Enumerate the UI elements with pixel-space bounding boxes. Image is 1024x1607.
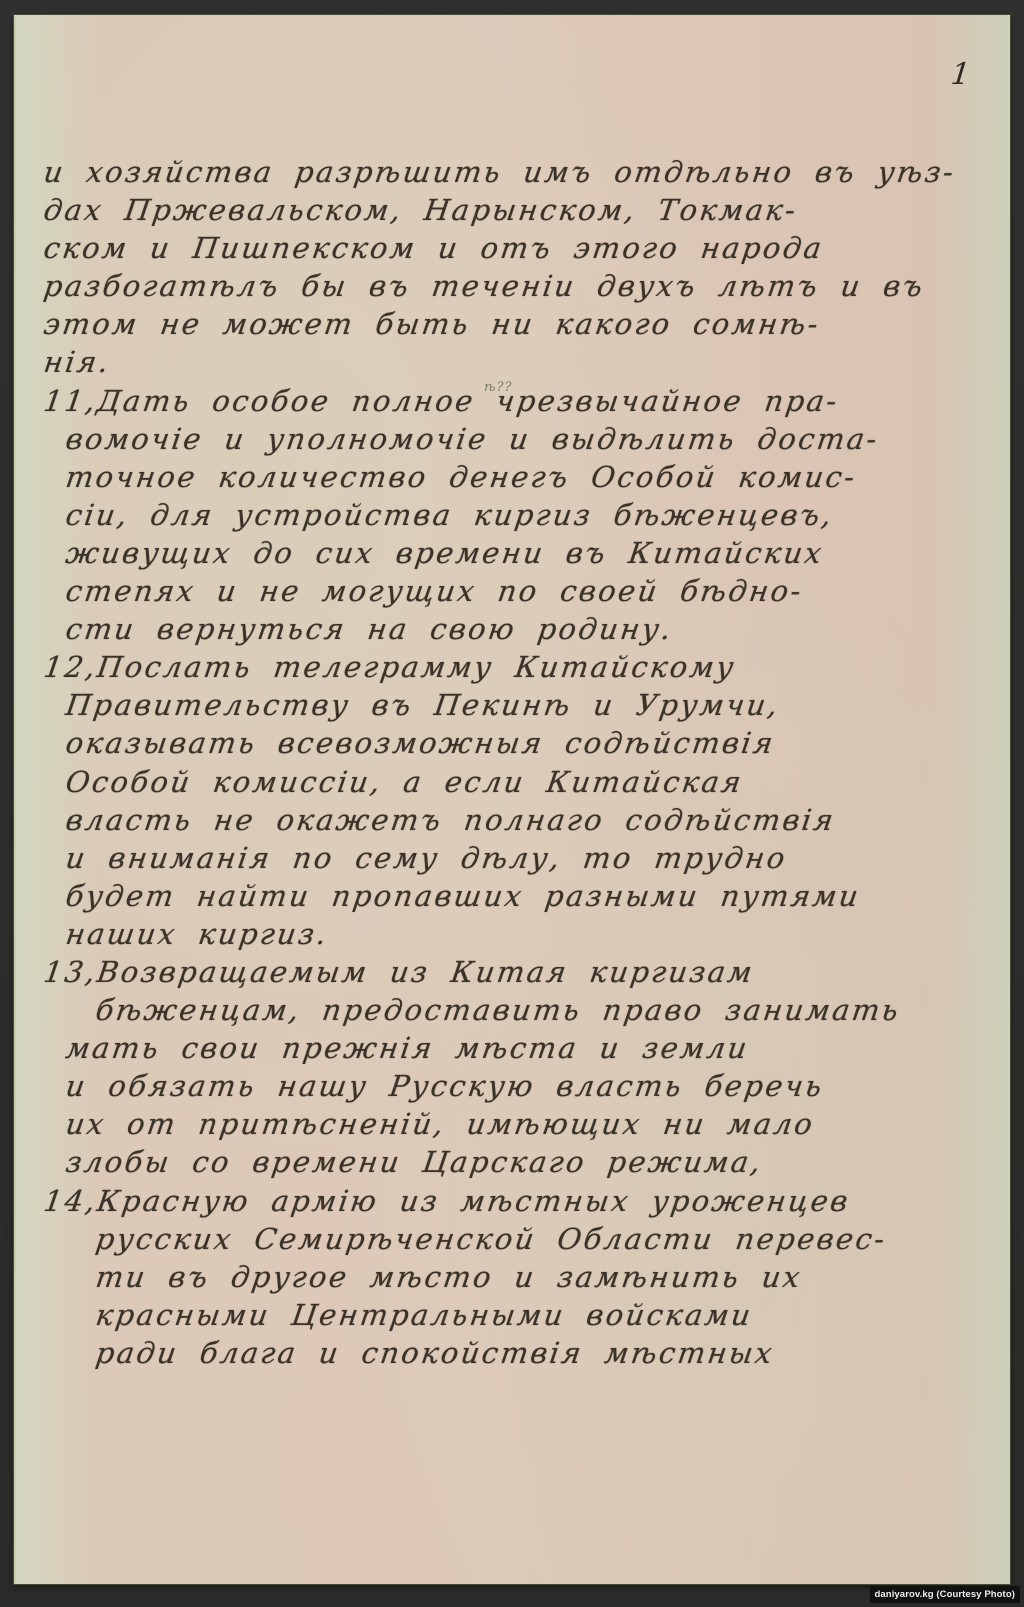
line-text: и обязать нашу Русскую власть беречь xyxy=(64,1069,826,1103)
text-line: бѣженцам, предоставить право занимать xyxy=(41,991,996,1029)
text-line: ти въ другое мѣсто и замѣнить их xyxy=(41,1258,996,1296)
line-text: Дать особое полное чрезвычайное пра- xyxy=(95,384,841,418)
line-text: ском и Пишпекском и отъ этого народа xyxy=(42,231,826,265)
item-number: 12, xyxy=(41,648,100,686)
line-text: и вниманія по сему дѣлу, то трудно xyxy=(64,841,790,875)
line-text: красными Центральными войсками xyxy=(94,1298,755,1332)
line-text: мать свои прежнія мѣста и земли xyxy=(64,1031,752,1065)
line-text: Правительству въ Пекинѣ и Урумчи, xyxy=(64,688,782,722)
line-text: вомочіе и уполномочіе и выдѣлить доста- xyxy=(64,422,882,456)
text-line: Правительству въ Пекинѣ и Урумчи, xyxy=(41,686,996,724)
text-line: будет найти пропавших разными путями xyxy=(41,877,996,915)
line-text: бѣженцам, предоставить право занимать xyxy=(94,993,903,1027)
item-number: 13, xyxy=(41,953,100,991)
text-line: Особой комиссіи, а если Китайская xyxy=(41,763,996,801)
line-text: наших киргиз. xyxy=(64,917,331,951)
text-line: сти вернуться на свою родину. xyxy=(41,610,996,648)
item-number: 14, xyxy=(41,1182,100,1220)
text-line: злобы со времени Царскаго режима, xyxy=(41,1143,996,1181)
text-line: и обязать нашу Русскую власть беречь xyxy=(41,1067,996,1105)
text-line: нія. xyxy=(41,343,996,381)
line-text: русских Семирѣченской Области перевес- xyxy=(94,1222,889,1256)
text-line: и хозяйства разрѣшить имъ отдѣльно въ уѣ… xyxy=(41,153,996,191)
photo-credit: daniyarov.kg (Courtesy Photo) xyxy=(870,1586,1021,1603)
line-text: ради блага и спокойствія мѣстных xyxy=(94,1336,777,1370)
line-text: Послать телеграмму Китайскому xyxy=(95,650,738,684)
handwritten-text: и хозяйства разрѣшить имъ отдѣльно въ уѣ… xyxy=(44,153,994,1372)
text-line: ском и Пишпекском и отъ этого народа xyxy=(41,229,996,267)
page-number: 1 xyxy=(949,57,972,92)
line-text: Особой комиссіи, а если Китайская xyxy=(64,765,746,799)
line-text: ти въ другое мѣсто и замѣнить их xyxy=(94,1260,805,1294)
text-line: точное количество денегъ Особой комис- xyxy=(41,458,996,496)
text-line: степях и не могущих по своей бѣдно- xyxy=(41,572,996,610)
text-line: живущих до сих времени въ Китайских xyxy=(41,534,996,572)
text-line: и вниманія по сему дѣлу, то трудно xyxy=(41,839,996,877)
line-text: злобы со времени Царскаго режима, xyxy=(64,1145,765,1179)
line-text: точное количество денегъ Особой комис- xyxy=(64,460,859,494)
line-text: нія. xyxy=(42,345,113,379)
text-line-item-11: 11,Дать особое полное чрезвычайное пра- xyxy=(41,382,996,420)
text-line: русских Семирѣченской Области перевес- xyxy=(41,1220,996,1258)
text-line-item-12: 12,Послать телеграмму Китайскому xyxy=(41,648,996,686)
line-text: сти вернуться на свою родину. xyxy=(64,612,676,646)
text-line: власть не окажетъ полнаго содѣйствія xyxy=(41,801,996,839)
line-text: живущих до сих времени въ Китайских xyxy=(64,536,826,570)
line-text: дах Пржевальском, Нарынском, Токмак- xyxy=(42,193,800,227)
text-line: их от притѣсненій, имѣющих ни мало xyxy=(41,1105,996,1143)
line-text: их от притѣсненій, имѣющих ни мало xyxy=(64,1107,817,1141)
line-text: оказывать всевозможныя содѣйствія xyxy=(64,726,778,760)
text-line: ради блага и спокойствія мѣстных xyxy=(41,1334,996,1372)
text-line: мать свои прежнія мѣста и земли xyxy=(41,1029,996,1067)
line-text: сіи, для устройства киргиз бѣженцевъ, xyxy=(64,498,836,532)
text-line: оказывать всевозможныя содѣйствія xyxy=(41,724,996,762)
line-text: разбогатѣлъ бы въ теченіи двухъ лѣтъ и в… xyxy=(42,269,927,303)
line-text: Возвращаемым из Китая киргизам xyxy=(95,955,757,989)
line-text: будет найти пропавших разными путями xyxy=(64,879,863,913)
text-line: разбогатѣлъ бы въ теченіи двухъ лѣтъ и в… xyxy=(41,267,996,305)
text-line: наших киргиз. xyxy=(41,915,996,953)
line-text: Красную армію из мѣстных уроженцев xyxy=(95,1184,852,1218)
text-line: сіи, для устройства киргиз бѣженцевъ, xyxy=(41,496,996,534)
text-line: красными Центральными войсками xyxy=(41,1296,996,1334)
text-line: вомочіе и уполномочіе и выдѣлить доста- xyxy=(41,420,996,458)
photo-frame: 1 ѣ?? и хозяйства разрѣшить имъ отдѣльно… xyxy=(0,0,1024,1607)
item-number: 11, xyxy=(41,382,100,420)
text-line-item-13: 13,Возвращаемым из Китая киргизам xyxy=(41,953,996,991)
manuscript-page: 1 ѣ?? и хозяйства разрѣшить имъ отдѣльно… xyxy=(14,15,1010,1584)
line-text: и хозяйства разрѣшить имъ отдѣльно въ уѣ… xyxy=(42,155,958,189)
line-text: степях и не могущих по своей бѣдно- xyxy=(64,574,806,608)
line-text: этом не может быть ни какого сомнѣ- xyxy=(42,307,823,341)
text-line-item-14: 14,Красную армію из мѣстных уроженцев xyxy=(41,1182,996,1220)
line-text: власть не окажетъ полнаго содѣйствія xyxy=(64,803,838,837)
text-line: этом не может быть ни какого сомнѣ- xyxy=(41,305,996,343)
text-line: дах Пржевальском, Нарынском, Токмак- xyxy=(41,191,996,229)
